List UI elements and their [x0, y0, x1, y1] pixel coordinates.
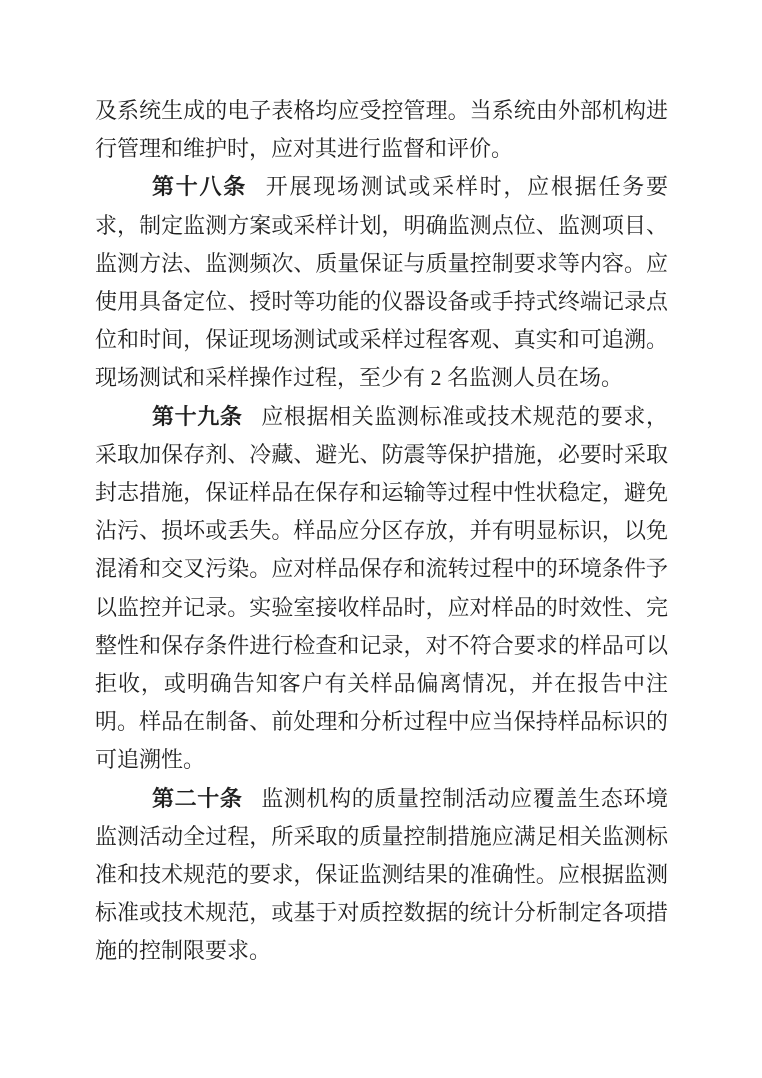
article-20-heading: 第二十条	[152, 786, 243, 811]
article-18-heading: 第十八条	[152, 174, 247, 199]
article-19-heading: 第十九条	[152, 404, 243, 429]
paragraph-article-19: 第十九条应根据相关监测标准或技术规范的要求，采取加保存剂、冷藏、避光、防震等保护…	[95, 398, 668, 780]
paragraph-article-20: 第二十条监测机构的质量控制活动应覆盖生态环境监测活动全过程，所采取的质量控制措施…	[95, 780, 668, 971]
article-18-text: 开展现场测试或采样时，应根据任务要求，制定监测方案或采样计划，明确监测点位、监测…	[95, 174, 668, 390]
document-page: 及系统生成的电子表格均应受控管理。当系统由外部机构进行管理和维护时，应对其进行监…	[0, 0, 762, 1078]
paragraph-continuation: 及系统生成的电子表格均应受控管理。当系统由外部机构进行管理和维护时，应对其进行监…	[95, 92, 668, 168]
paragraph-text: 及系统生成的电子表格均应受控管理。当系统由外部机构进行管理和维护时，应对其进行监…	[95, 98, 668, 161]
paragraph-article-18: 第十八条开展现场测试或采样时，应根据任务要求，制定监测方案或采样计划，明确监测点…	[95, 168, 668, 397]
article-20-text: 监测机构的质量控制活动应覆盖生态环境监测活动全过程，所采取的质量控制措施应满足相…	[95, 786, 668, 964]
article-19-text: 应根据相关监测标准或技术规范的要求，采取加保存剂、冷藏、避光、防震等保护措施，必…	[95, 404, 668, 773]
